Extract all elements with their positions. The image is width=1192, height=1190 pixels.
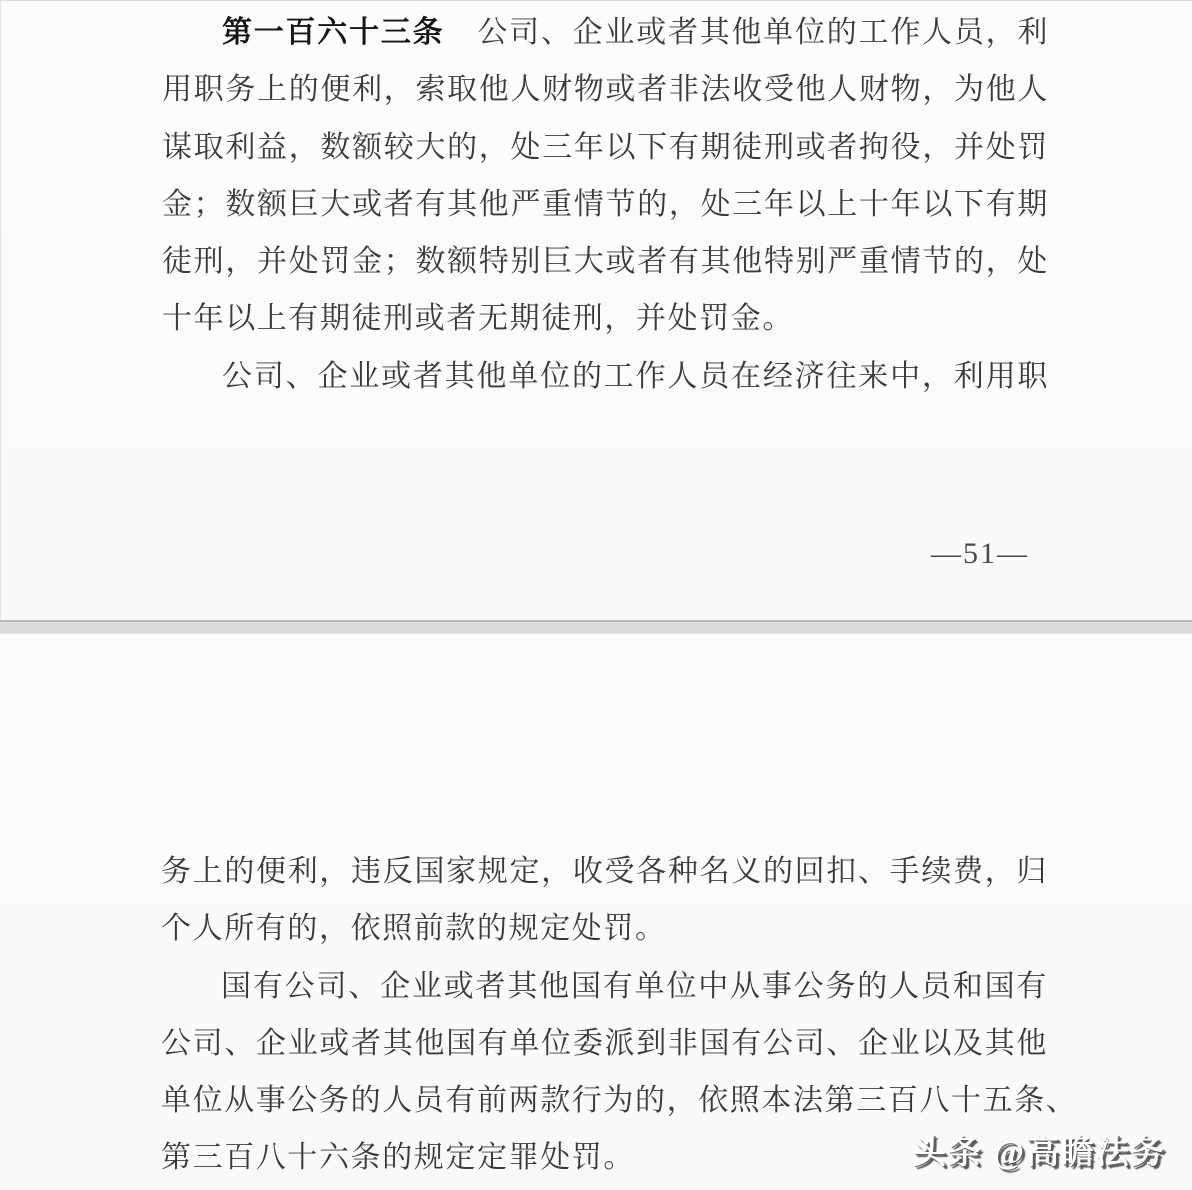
text-line: 十年以上有期徒刑或者无期徒刑，并处罚金。 [162,290,1049,347]
text-line: 务上的便利，违反国家规定，收受各种名义的回扣、手续费，归 [161,843,1048,900]
text-line: 单位从事公务的人员有前两款行为的，依照本法第三百八十五条、 [161,1072,1048,1129]
page-divider [0,620,1192,634]
text-line: 公司、企业或者其他国有单位委派到非国有公司、企业以及其他 [161,1015,1048,1072]
page-1-scan: 第一百六十三条公司、企业或者其他单位的工作人员，利 用职务上的便利，索取他人财物… [0,0,1192,620]
page-number: —51— [931,537,1029,571]
watermark-text: 头条 @高瞻法务 [913,1126,1166,1173]
article-number-heading: 第一百六十三条 [222,16,444,49]
text-line-body: 公司、企业或者其他单位的工作人员，利 [477,16,1049,49]
text-line: 第一百六十三条公司、企业或者其他单位的工作人员，利 [162,4,1049,61]
text-line: 用职务上的便利，索取他人财物或者非法收受他人财物，为他人 [162,61,1049,118]
text-line: 个人所有的，依照前款的规定处罚。 [161,900,1048,957]
text-line: 国有公司、企业或者其他国有单位中从事公务的人员和国有 [161,958,1048,1015]
text-line: 公司、企业或者其他单位的工作人员在经济往来中，利用职 [162,348,1049,405]
article-text-block-page1: 第一百六十三条公司、企业或者其他单位的工作人员，利 用职务上的便利，索取他人财物… [162,4,1049,405]
text-line: 金；数额巨大或者有其他严重情节的，处三年以上十年以下有期 [162,176,1049,233]
text-line: 徒刑，并处罚金；数额特别巨大或者有其他特别严重情节的，处 [162,233,1049,290]
text-line: 谋取利益，数额较大的，处三年以下有期徒刑或者拘役，并处罚 [162,119,1049,176]
page-2-scan: 务上的便利，违反国家规定，收受各种名义的回扣、手续费，归 个人所有的，依照前款的… [0,634,1192,1190]
document-scan: 第一百六十三条公司、企业或者其他单位的工作人员，利 用职务上的便利，索取他人财物… [0,0,1192,1190]
